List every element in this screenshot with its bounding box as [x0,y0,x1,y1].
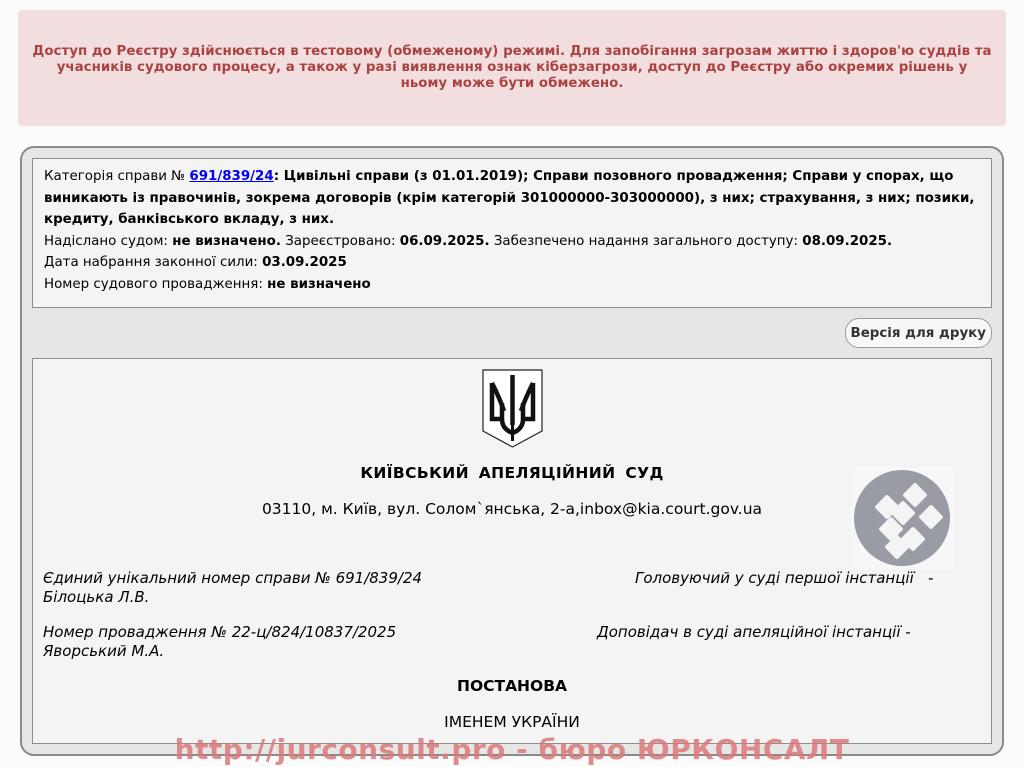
document-subtitle: ІМЕНЕМ УКРАЇНИ [33,713,991,731]
proceeding-number-line: Номер судового провадження: не визначено [44,274,980,296]
court-address: 03110, м. Київ, вул. Солом`янська, 2-а,i… [33,500,991,518]
first-instance-judge-label: Головуючий у суді першої інстанції - [635,569,933,588]
legal-force-line: Дата набрання законної сили: 03.09.2025 [44,252,980,274]
registry-access-alert: Доступ до Реєстру здійснюється в тестово… [18,10,1006,126]
public-access-date: 08.09.2025. [802,234,892,249]
alert-text: Доступ до Реєстру здійснюється в тестово… [32,44,992,92]
tiles-badge-icon[interactable] [851,467,953,569]
unique-case-number: Єдиний унікальний номер справи № 691/839… [43,569,422,588]
proceeding-number: Номер провадження № 22-ц/824/10837/2025 [43,623,396,642]
case-number-link[interactable]: 691/839/24 [189,169,273,184]
appeal-reporter-label: Доповідач в суді апеляційної інстанції - [597,623,911,642]
appeal-reporter-name: Яворський М.А. [43,642,164,661]
first-instance-judge-name: Білоцька Л.В. [43,588,149,607]
coat-of-arms-icon [482,369,543,448]
document-title: ПОСТАНОВА [33,677,991,695]
court-name: КИЇВСЬКИЙ АПЕЛЯЦІЙНИЙ СУД [33,464,991,482]
sent-by-value: не визначено. [172,234,281,249]
registered-date: 06.09.2025. [400,234,490,249]
legal-force-date: 03.09.2025 [262,255,347,270]
print-version-button[interactable]: Версія для друку [845,318,993,348]
case-dates: Надіслано судом: не визначено. Зареєстро… [44,231,980,253]
proceeding-number-value: не визначено [267,277,371,292]
decision-frame: Категорія справи № 691/839/24: Цивільні … [20,146,1004,756]
decision-document: КИЇВСЬКИЙ АПЕЛЯЦІЙНИЙ СУД 03110, м. Київ… [32,358,992,744]
case-info-box: Категорія справи № 691/839/24: Цивільні … [32,158,992,308]
case-category: Категорія справи № 691/839/24: Цивільні … [44,166,980,231]
